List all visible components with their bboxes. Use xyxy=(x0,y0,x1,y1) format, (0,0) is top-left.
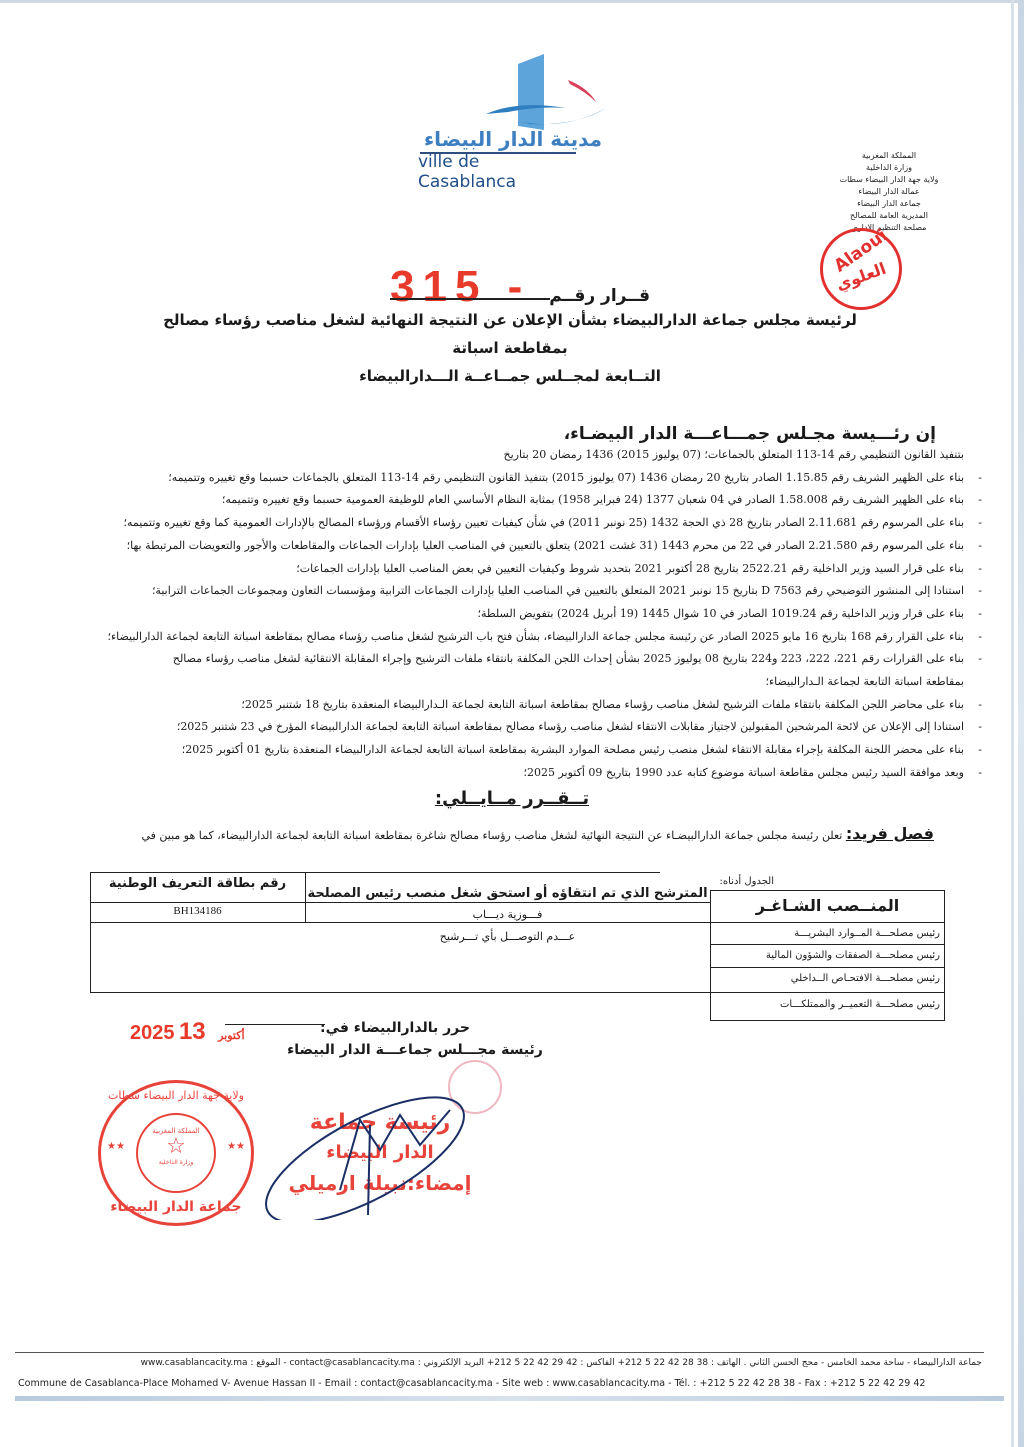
logo-french-name: ville de Casablanca xyxy=(418,152,578,192)
signatory-title: رئيسة مجـــلس جماعـــة الدار البيضاء xyxy=(240,1042,590,1058)
consideration-item: استنادا إلى المنشور التوضيحي رقم D 7563 … xyxy=(70,580,982,603)
document-title: لرئيسة مجلس جماعة الدارالبيضاء بشأن الإع… xyxy=(150,306,870,390)
table-border xyxy=(90,872,660,873)
seal-ring-bottom: جماعة الدار البيضاء xyxy=(101,1199,251,1215)
table-border xyxy=(710,944,945,945)
table-border xyxy=(90,992,945,993)
administrative-header: المملكة المغربية وزارة الداخلية ولاية جه… xyxy=(814,150,964,234)
footer-rule xyxy=(15,1352,984,1353)
row-1-id-number: BH134186 xyxy=(90,905,305,917)
considerations-list: بتنفيذ القانون التنظيمي رقم 14-113 المتع… xyxy=(70,444,982,785)
admin-line: عمالة الدار البيضاء xyxy=(814,186,964,198)
seal-stars-icon: ★★ xyxy=(227,1141,245,1152)
consideration-item: بناء على المرسوم رقم 2.21.580 الصادر في … xyxy=(70,535,982,558)
registration-stamp: Alaoui العلوي xyxy=(820,228,902,310)
date-month: أكتوبر xyxy=(218,1030,244,1042)
admin-line: جماعة الدار البيضاء xyxy=(814,198,964,210)
consideration-item: استنادا إلى الإعلان عن لائحة المرشحين ال… xyxy=(70,716,982,739)
seal-inner-circle: المملكة المغربية ☆ وزارة الداخلية xyxy=(136,1113,216,1193)
consideration-item: بتنفيذ القانون التنظيمي رقم 14-113 المتع… xyxy=(70,444,982,467)
row-2-position: رئيس مصلحـــة الصفقات والشؤون المالية xyxy=(714,950,940,961)
header-candidate: المترشح الذي تم انتقاؤه أو استحق شغل منص… xyxy=(305,886,710,901)
table-border xyxy=(710,967,945,968)
single-article: فصل فريد: تعلن رئيسة مجلس جماعة الدارالب… xyxy=(100,820,934,850)
row-2-candidate: عـــدم التوصـــل بأي تـــرشيح xyxy=(305,930,710,943)
consideration-item: بناء على القرار رقم 168 بتاريخ 16 مايو 2… xyxy=(70,626,982,649)
row-3-position: رئيس مصلحـــة الافتحـاص الــداخلي xyxy=(714,973,940,984)
written-at-label: حرر بالدارالبيضاء في: xyxy=(320,1020,470,1036)
admin-line: ولاية جهة الدار البيضاء سطات xyxy=(814,174,964,186)
date-day: 13 xyxy=(179,1018,206,1045)
decision-underline xyxy=(390,298,550,300)
header-position: المنــصب الشـاغـر xyxy=(710,896,945,915)
casablanca-logo: مدينة الدار البيضاء ville de Casablanca xyxy=(418,52,608,170)
results-table: رقم بطاقة التعريف الوطنية المترشح الذي ت… xyxy=(90,872,945,1020)
seal-inner-bottom: وزارة الداخلية xyxy=(138,1159,214,1166)
article-label: فصل فريد: xyxy=(846,824,934,843)
consideration-item: وبعد موافقة السيد رئيس مجلس مقاطعة اسبات… xyxy=(70,762,982,785)
table-border xyxy=(710,1020,945,1021)
title-line-1: لرئيسة مجلس جماعة الدارالبيضاء بشأن الإع… xyxy=(150,306,870,362)
scan-edge-right-inner xyxy=(1011,0,1014,1447)
consideration-item: بناء على محاضر اللجن المكلفة بانتقاء ملف… xyxy=(70,694,982,717)
handwritten-signature xyxy=(250,1090,480,1220)
article-text: تعلن رئيسة مجلس جماعة الدارالبيضـاء عن ا… xyxy=(141,829,842,842)
admin-line: المديرية العامة للمصالح xyxy=(814,210,964,222)
header-id-number: رقم بطاقة التعريف الوطنية xyxy=(90,876,305,891)
council-heading: إن رئـــيسة مجـلس جمـــاعـــة الدار البي… xyxy=(564,424,936,444)
consideration-item: بناء على الظهير الشريف رقم 1.15.85 الصاد… xyxy=(70,467,982,490)
row-1-candidate: فـــوزية ديـــاب xyxy=(305,908,710,921)
table-border xyxy=(90,922,945,923)
scan-edge-right xyxy=(1018,0,1024,1447)
footer-arabic-contact: جماعة الدارالبيضاء - ساحة محمد الخامس - … xyxy=(18,1358,982,1368)
scan-edge-top xyxy=(0,0,1024,3)
official-seal: ولاية جهة الدار البيضاء سطات ★★ ★★ الممل… xyxy=(98,1080,254,1226)
table-border xyxy=(90,902,710,903)
consideration-item: بناء على محضر اللجنة المكلفة بإجراء مقاب… xyxy=(70,739,982,762)
date-stamp: 2025 أكتوبر 13 xyxy=(130,1018,253,1046)
consideration-item: بناء على الظهير الشريف رقم 1.58.008 الصا… xyxy=(70,489,982,512)
consideration-item: بناء على القرارات رقم 221، 222، 223 و224… xyxy=(70,648,982,671)
row-1-position: رئيس مصلحـــة المــوارد البشريـــة xyxy=(714,928,940,939)
consideration-continuation: بمقاطعة اسباتة التابعة لجماعة الـدارالبي… xyxy=(70,671,982,694)
decision-number-block: قــرار رقــم 315 - xyxy=(390,268,650,308)
footer-bar xyxy=(15,1396,1004,1401)
decision-number: 315 - xyxy=(390,262,530,312)
city-emblem-icon xyxy=(478,52,608,132)
star-icon: ☆ xyxy=(138,1135,214,1159)
consideration-item: بناء على قرار وزير الداخلية رقم 1019.24 … xyxy=(70,603,982,626)
footer-french-contact: Commune de Casablanca-Place Mohamed V- A… xyxy=(18,1378,982,1389)
decides-heading: تــقــرر مــايــلي: xyxy=(0,788,1024,809)
admin-line: المملكة المغربية xyxy=(814,150,964,162)
seal-ring-top: ولاية جهة الدار البيضاء سطات xyxy=(101,1089,251,1102)
row-4-position: رئيس مصلحـــة التعميــر والممتلكـــات xyxy=(714,999,940,1010)
admin-line: وزارة الداخلية xyxy=(814,162,964,174)
title-line-2: التــابعة لمجــلس جمــاعــة الـــدارالبي… xyxy=(150,362,870,390)
consideration-item: بناء على المرسوم رقم 2.11.681 الصادر بتا… xyxy=(70,512,982,535)
date-year: 2025 xyxy=(130,1022,175,1044)
seal-stars-icon: ★★ xyxy=(107,1141,125,1152)
consideration-item: بناء على قرار السيد وزير الداخلية رقم 25… xyxy=(70,558,982,581)
decision-label: قــرار رقــم xyxy=(549,286,650,306)
table-border xyxy=(710,890,945,891)
logo-arabic-name: مدينة الدار البيضاء xyxy=(418,128,608,150)
